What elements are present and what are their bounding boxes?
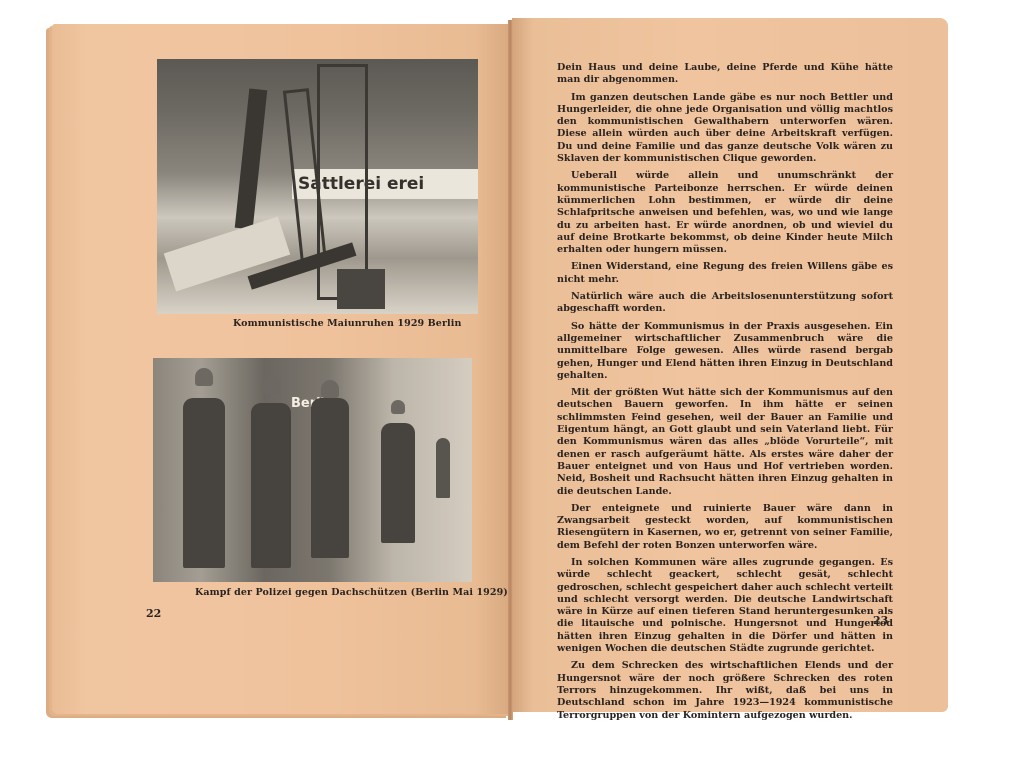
- paragraph: Zu dem Schrecken des wirtschaftlichen El…: [557, 660, 893, 721]
- helmet: [195, 368, 213, 386]
- page-number-left: 22: [146, 607, 161, 620]
- photo-riot-damage: Sattlerei erei: [157, 59, 478, 314]
- paragraph: So hätte der Kommunismus in der Praxis a…: [557, 321, 893, 382]
- book-spine: [508, 20, 513, 720]
- paragraph: Einen Widerstand, eine Regung des freien…: [557, 261, 893, 286]
- crate: [337, 269, 385, 309]
- tree-trunk: [235, 88, 268, 229]
- police-figure: [436, 438, 450, 498]
- police-figure: [251, 403, 291, 568]
- police-figure: [183, 398, 225, 568]
- paragraph: Ueberall würde allein und unumschränkt d…: [557, 170, 893, 256]
- helmet: [391, 400, 405, 414]
- paragraph: Mit der größten Wut hätte sich der Kommu…: [557, 387, 893, 498]
- caption-photo-1: Kommunistische Maiunruhen 1929 Berlin: [233, 318, 461, 329]
- helmet: [321, 380, 339, 398]
- body-text: Dein Haus und deine Laube, deine Pferde …: [557, 62, 893, 727]
- helmet: [263, 376, 281, 394]
- paragraph: Der enteignete und ruinierte Bauer wäre …: [557, 503, 893, 552]
- photo-police: Berlin: [153, 358, 472, 582]
- paragraph: In solchen Kommunen wäre alles zugrunde …: [557, 557, 893, 655]
- paragraph: Im ganzen deutschen Lande gäbe es nur no…: [557, 92, 893, 166]
- paragraph: Natürlich wäre auch die Arbeitslosenunte…: [557, 291, 893, 316]
- caption-photo-2: Kampf der Polizei gegen Dachschützen (Be…: [195, 587, 508, 598]
- page-number-right: 23: [873, 614, 888, 627]
- police-figure: [311, 398, 349, 558]
- paragraph: Dein Haus und deine Laube, deine Pferde …: [557, 62, 893, 87]
- police-figure: [381, 423, 415, 543]
- open-booklet: Sattlerei erei Kommunistische Maiunruhen…: [0, 0, 1024, 768]
